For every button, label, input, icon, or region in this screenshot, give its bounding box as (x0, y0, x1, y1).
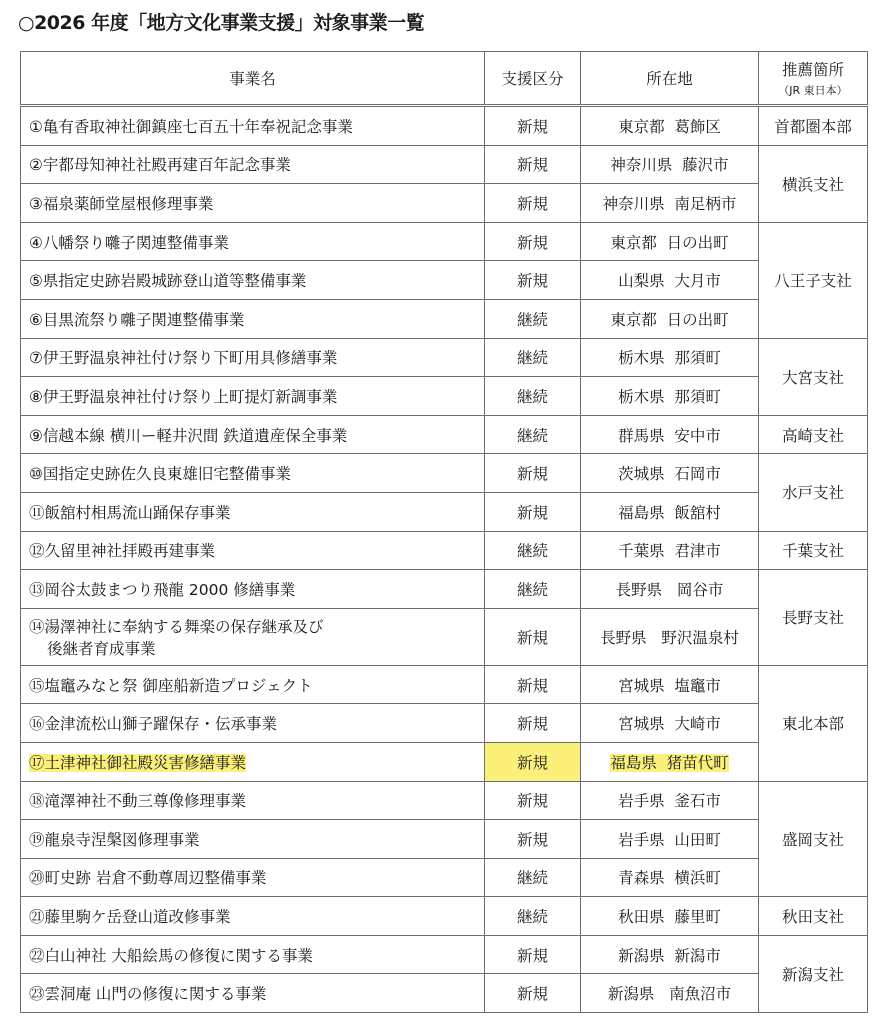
project-name: ㉒白山神社 大船絵馬の修復に関する事業 (29, 947, 313, 965)
support-type-cell: 継続 (485, 570, 581, 609)
project-name: ⑥目黒流祭り囃子関連整備事業 (29, 311, 244, 329)
project-name-cell: ⑨信越本線 横川ー軽井沢間 鉄道遺産保全事業 (21, 415, 485, 454)
project-name: ⑰土津神社御社殿災害修繕事業 (29, 754, 246, 772)
location: 神奈川県 藤沢市 (610, 156, 728, 174)
table-row: ㉑藤里駒ケ岳登山道改修事業継続秋田県 藤里町秋田支社 (21, 897, 868, 936)
project-name-cell: ⑧伊王野温泉神社付け祭り上町提灯新調事業 (21, 377, 485, 416)
location: 福島県 猪苗代町 (610, 754, 728, 772)
table-row: ⑤県指定史跡岩殿城跡登山道等整備事業新規山梨県 大月市 (21, 261, 868, 300)
project-name-cell: ②宇都母知神社社殿再建百年記念事業 (21, 145, 485, 184)
table-row: ⑪飯舘村相馬流山踊保存事業新規福島県 飯舘村 (21, 492, 868, 531)
location-cell: 秋田県 藤里町 (581, 897, 759, 936)
table-row: ⑲龍泉寺涅槃図修理事業新規岩手県 山田町 (21, 820, 868, 859)
recommending-office-cell: 秋田支社 (759, 897, 868, 936)
project-name: ⑱滝澤神社不動三尊像修理事業 (29, 792, 246, 810)
header-office-sub: （JR 東日本） (759, 82, 867, 98)
support-type-cell: 新規 (485, 820, 581, 859)
support-type-cell: 継続 (485, 531, 581, 570)
project-name: ⑫久留里神社拝殿再建事業 (29, 542, 215, 560)
location: 長野県 野沢温泉村 (600, 629, 739, 647)
recommending-office-cell: 八王子支社 (759, 222, 868, 338)
location-cell: 栃木県 那須町 (581, 338, 759, 377)
location: 栃木県 那須町 (618, 349, 721, 367)
project-name-cell: ⑲龍泉寺涅槃図修理事業 (21, 820, 485, 859)
support-type-cell: 継続 (485, 415, 581, 454)
recommending-office-cell: 盛岡支社 (759, 781, 868, 897)
location-cell: 宮城県 大崎市 (581, 704, 759, 743)
support-type-cell: 新規 (485, 974, 581, 1013)
project-name: ⑯金津流松山獅子躍保存・伝承事業 (29, 715, 277, 733)
project-name-cell: ⑯金津流松山獅子躍保存・伝承事業 (21, 704, 485, 743)
location: 茨城県 石岡市 (618, 465, 721, 483)
table-row: ⑫久留里神社拝殿再建事業継続千葉県 君津市千葉支社 (21, 531, 868, 570)
table-row: ⑨信越本線 横川ー軽井沢間 鉄道遺産保全事業継続群馬県 安中市高崎支社 (21, 415, 868, 454)
project-name: ③福泉薬師堂屋根修理事業 (29, 195, 213, 213)
support-type-cell: 新規 (485, 704, 581, 743)
project-name-cell: ㉑藤里駒ケ岳登山道改修事業 (21, 897, 485, 936)
location-cell: 東京都 日の出町 (581, 299, 759, 338)
support-type-cell: 新規 (485, 608, 581, 665)
project-name-line2: 後継者育成事業 (29, 637, 484, 659)
location: 新潟県 新潟市 (618, 947, 721, 965)
project-name: ⑨信越本線 横川ー軽井沢間 鉄道遺産保全事業 (29, 427, 347, 445)
location-cell: 東京都 日の出町 (581, 222, 759, 261)
project-name-cell: ⑦伊王野温泉神社付け祭り下町用具修繕事業 (21, 338, 485, 377)
project-name-cell: ⑥目黒流祭り囃子関連整備事業 (21, 299, 485, 338)
location: 山梨県 大月市 (618, 272, 721, 290)
location-cell: 神奈川県 藤沢市 (581, 145, 759, 184)
table-row: ⑯金津流松山獅子躍保存・伝承事業新規宮城県 大崎市 (21, 704, 868, 743)
table-row: ⑥目黒流祭り囃子関連整備事業継続東京都 日の出町 (21, 299, 868, 338)
project-name: ⑪飯舘村相馬流山踊保存事業 (29, 504, 231, 522)
project-name: ⑬岡谷太鼓まつり飛龍 2000 修繕事業 (29, 581, 295, 599)
location: 長野県 岡谷市 (616, 581, 724, 599)
project-name: ㉓雲洞庵 山門の修復に関する事業 (29, 985, 266, 1003)
recommending-office-cell: 大宮支社 (759, 338, 868, 415)
recommending-office-cell: 首都圏本部 (759, 106, 868, 146)
location: 神奈川県 南足柄市 (603, 195, 737, 213)
support-type-cell: 新規 (485, 935, 581, 974)
table-row: ⑦伊王野温泉神社付け祭り下町用具修繕事業継続栃木県 那須町大宮支社 (21, 338, 868, 377)
location: 千葉県 君津市 (618, 542, 721, 560)
location-cell: 岩手県 釜石市 (581, 781, 759, 820)
project-name: ⑩国指定史跡佐久良東雄旧宅整備事業 (29, 465, 291, 483)
support-type-cell: 継続 (485, 377, 581, 416)
project-name-cell: ⑤県指定史跡岩殿城跡登山道等整備事業 (21, 261, 485, 300)
support-type-cell: 新規 (485, 261, 581, 300)
project-name-cell: ①亀有香取神社御鎮座七百五十年奉祝記念事業 (21, 106, 485, 146)
location: 岩手県 山田町 (618, 831, 721, 849)
table-row: ⑳町史跡 岩倉不動尊周辺整備事業継続青森県 横浜町 (21, 858, 868, 897)
project-name: ⑤県指定史跡岩殿城跡登山道等整備事業 (29, 272, 306, 290)
project-name: ④八幡祭り囃子関連整備事業 (29, 234, 229, 252)
table-row: ④八幡祭り囃子関連整備事業新規東京都 日の出町八王子支社 (21, 222, 868, 261)
support-type-cell: 新規 (485, 665, 581, 704)
support-type-cell: 新規 (485, 781, 581, 820)
location: 秋田県 藤里町 (618, 908, 721, 926)
recommending-office-cell: 長野支社 (759, 570, 868, 666)
location: 新潟県 南魚沼市 (608, 985, 731, 1003)
location-cell: 新潟県 南魚沼市 (581, 974, 759, 1013)
table-row: ⑭湯澤神社に奉納する舞楽の保存継承及び後継者育成事業新規長野県 野沢温泉村 (21, 608, 868, 665)
location-cell: 宮城県 塩竈市 (581, 665, 759, 704)
table-row: ③福泉薬師堂屋根修理事業新規神奈川県 南足柄市 (21, 184, 868, 223)
header-project-name: 事業名 (21, 52, 485, 106)
project-name-cell: ⑰土津神社御社殿災害修繕事業 (21, 742, 485, 781)
support-type-cell: 継続 (485, 858, 581, 897)
location-cell: 福島県 飯舘村 (581, 492, 759, 531)
page-title: ○2026 年度「地方文化事業支援」対象事業一覧 (18, 8, 424, 35)
recommending-office-cell: 新潟支社 (759, 935, 868, 1012)
project-name-cell: ⑩国指定史跡佐久良東雄旧宅整備事業 (21, 454, 485, 493)
support-type-cell: 継続 (485, 897, 581, 936)
location-cell: 群馬県 安中市 (581, 415, 759, 454)
location-cell: 東京都 葛飾区 (581, 106, 759, 146)
header-location: 所在地 (581, 52, 759, 106)
table-row: ⑬岡谷太鼓まつり飛龍 2000 修繕事業継続長野県 岡谷市長野支社 (21, 570, 868, 609)
table-row: ⑱滝澤神社不動三尊像修理事業新規岩手県 釜石市盛岡支社 (21, 781, 868, 820)
project-name-cell: ㉓雲洞庵 山門の修復に関する事業 (21, 974, 485, 1013)
location: 宮城県 大崎市 (618, 715, 721, 733)
project-name: ⑧伊王野温泉神社付け祭り上町提灯新調事業 (29, 388, 337, 406)
project-name-cell: ⑪飯舘村相馬流山踊保存事業 (21, 492, 485, 531)
table-row: ①亀有香取神社御鎮座七百五十年奉祝記念事業新規東京都 葛飾区首都圏本部 (21, 106, 868, 146)
support-type-cell: 継続 (485, 299, 581, 338)
project-name-cell: ⑱滝澤神社不動三尊像修理事業 (21, 781, 485, 820)
table-row: ⑩国指定史跡佐久良東雄旧宅整備事業新規茨城県 石岡市水戸支社 (21, 454, 868, 493)
location: 東京都 日の出町 (610, 234, 728, 252)
location-cell: 長野県 岡谷市 (581, 570, 759, 609)
location-cell: 栃木県 那須町 (581, 377, 759, 416)
recommending-office-cell: 高崎支社 (759, 415, 868, 454)
project-name-cell: ④八幡祭り囃子関連整備事業 (21, 222, 485, 261)
location-cell: 新潟県 新潟市 (581, 935, 759, 974)
location: 群馬県 安中市 (618, 427, 721, 445)
support-type-cell: 新規 (485, 145, 581, 184)
location: 栃木県 那須町 (618, 388, 721, 406)
location: 宮城県 塩竈市 (618, 677, 721, 695)
header-office-label: 推薦箇所 (782, 61, 844, 79)
support-type-cell: 新規 (485, 492, 581, 531)
project-name: ㉑藤里駒ケ岳登山道改修事業 (29, 908, 231, 926)
recommending-office-cell: 水戸支社 (759, 454, 868, 531)
project-name-cell: ⑭湯澤神社に奉納する舞楽の保存継承及び後継者育成事業 (21, 608, 485, 665)
project-name-cell: ㉒白山神社 大船絵馬の修復に関する事業 (21, 935, 485, 974)
recommending-office-cell: 東北本部 (759, 665, 868, 781)
project-name: ②宇都母知神社社殿再建百年記念事業 (29, 156, 291, 174)
project-name-cell: ⑳町史跡 岩倉不動尊周辺整備事業 (21, 858, 485, 897)
table-row: ㉓雲洞庵 山門の修復に関する事業新規新潟県 南魚沼市 (21, 974, 868, 1013)
project-name: ⑳町史跡 岩倉不動尊周辺整備事業 (29, 869, 266, 887)
support-type-cell: 新規 (485, 184, 581, 223)
location: 福島県 飯舘村 (618, 504, 721, 522)
project-name-cell: ⑬岡谷太鼓まつり飛龍 2000 修繕事業 (21, 570, 485, 609)
location-cell: 長野県 野沢温泉村 (581, 608, 759, 665)
header-support-type: 支援区分 (485, 52, 581, 106)
location-cell: 神奈川県 南足柄市 (581, 184, 759, 223)
project-table: 事業名 支援区分 所在地 推薦箇所 （JR 東日本） ①亀有香取神社御鎮座七百五… (20, 51, 868, 1013)
project-name-cell: ⑫久留里神社拝殿再建事業 (21, 531, 485, 570)
location: 青森県 横浜町 (618, 869, 721, 887)
recommending-office-cell: 千葉支社 (759, 531, 868, 570)
project-name-cell: ③福泉薬師堂屋根修理事業 (21, 184, 485, 223)
location-cell: 茨城県 石岡市 (581, 454, 759, 493)
table-row: ⑮塩竈みなと祭 御座船新造プロジェクト新規宮城県 塩竈市東北本部 (21, 665, 868, 704)
table-row: ⑰土津神社御社殿災害修繕事業新規福島県 猪苗代町 (21, 742, 868, 781)
support-type-cell: 新規 (485, 742, 581, 781)
support-type-cell: 継続 (485, 338, 581, 377)
location: 東京都 葛飾区 (618, 118, 721, 136)
project-name: ⑭湯澤神社に奉納する舞楽の保存継承及び (29, 618, 324, 636)
support-type-cell: 新規 (485, 454, 581, 493)
location-cell: 岩手県 山田町 (581, 820, 759, 859)
location-cell: 福島県 猪苗代町 (581, 742, 759, 781)
table-header-row: 事業名 支援区分 所在地 推薦箇所 （JR 東日本） (21, 52, 868, 106)
project-name: ⑲龍泉寺涅槃図修理事業 (29, 831, 200, 849)
support-type-cell: 新規 (485, 222, 581, 261)
location: 東京都 日の出町 (610, 311, 728, 329)
support-type-cell: 新規 (485, 106, 581, 146)
project-name: ⑮塩竈みなと祭 御座船新造プロジェクト (29, 677, 313, 695)
header-recommending-office: 推薦箇所 （JR 東日本） (759, 52, 868, 106)
project-name: ①亀有香取神社御鎮座七百五十年奉祝記念事業 (29, 118, 353, 136)
project-name: ⑦伊王野温泉神社付け祭り下町用具修繕事業 (29, 349, 337, 367)
location: 岩手県 釜石市 (618, 792, 721, 810)
recommending-office-cell: 横浜支社 (759, 145, 868, 222)
table-row: ㉒白山神社 大船絵馬の修復に関する事業新規新潟県 新潟市新潟支社 (21, 935, 868, 974)
location-cell: 山梨県 大月市 (581, 261, 759, 300)
table-body: ①亀有香取神社御鎮座七百五十年奉祝記念事業新規東京都 葛飾区首都圏本部②宇都母知… (21, 106, 868, 1013)
table-row: ②宇都母知神社社殿再建百年記念事業新規神奈川県 藤沢市横浜支社 (21, 145, 868, 184)
project-name-cell: ⑮塩竈みなと祭 御座船新造プロジェクト (21, 665, 485, 704)
table-row: ⑧伊王野温泉神社付け祭り上町提灯新調事業継続栃木県 那須町 (21, 377, 868, 416)
location-cell: 千葉県 君津市 (581, 531, 759, 570)
location-cell: 青森県 横浜町 (581, 858, 759, 897)
